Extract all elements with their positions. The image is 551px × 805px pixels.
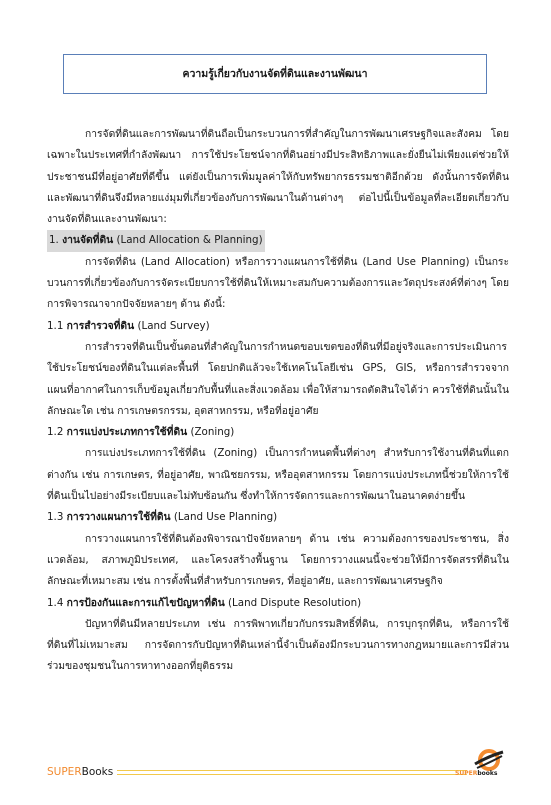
page-title: ความรู้เกี่ยวกับงานจัดที่ดินและงานพัฒนา xyxy=(182,68,367,80)
intro-paragraph: การจัดที่ดินและการพัฒนาที่ดินถือเป็นกระบ… xyxy=(47,124,509,230)
subsection-heading-1-3: 1.3 การวางแผนการใช้ที่ดิน (Land Use Plan… xyxy=(47,507,509,528)
title-box: ความรู้เกี่ยวกับงานจัดที่ดินและงานพัฒนา xyxy=(63,54,487,94)
page-footer: SUPERBooks xyxy=(47,763,467,781)
subsection-heading-1-2: 1.2 การแบ่งประเภทการใช้ที่ดิน (Zoning) xyxy=(47,422,509,443)
section-1-paragraph: การจัดที่ดิน (Land Allocation) หรือการวา… xyxy=(47,252,509,316)
swoosh-logo-icon xyxy=(469,748,509,772)
footer-brand-super: SUPER xyxy=(47,766,82,778)
subsection-heading-1-1: 1.1 การสำรวจที่ดิน (Land Survey) xyxy=(47,316,509,337)
logo-wordmark: SUPERbooks xyxy=(455,770,497,777)
footer-divider xyxy=(117,770,467,775)
footer-brand-books: Books xyxy=(82,766,114,778)
subsection-1-2-paragraph: การแบ่งประเภทการใช้ที่ดิน (Zoning) เป็นก… xyxy=(47,443,509,507)
superbooks-logo: SUPERbooks xyxy=(455,748,515,780)
subsection-1-3-paragraph: การวางแผนการใช้ที่ดินต้องพิจารณาปัจจัยหล… xyxy=(47,529,509,593)
subsection-1-4-paragraph: ปัญหาที่ดินมีหลายประเภท เช่น การพิพาทเกี… xyxy=(47,614,509,678)
subsection-heading-1-4: 1.4 การป้องกันและการแก้ไขปัญหาที่ดิน (La… xyxy=(47,593,509,614)
document-body: การจัดที่ดินและการพัฒนาที่ดินถือเป็นกระบ… xyxy=(47,124,509,678)
subsection-1-1-paragraph: การสำรวจที่ดินเป็นขั้นตอนที่สำคัญในการกำ… xyxy=(47,337,509,422)
section-heading-1: 1. งานจัดที่ดิน (Land Allocation & Plann… xyxy=(47,230,265,251)
